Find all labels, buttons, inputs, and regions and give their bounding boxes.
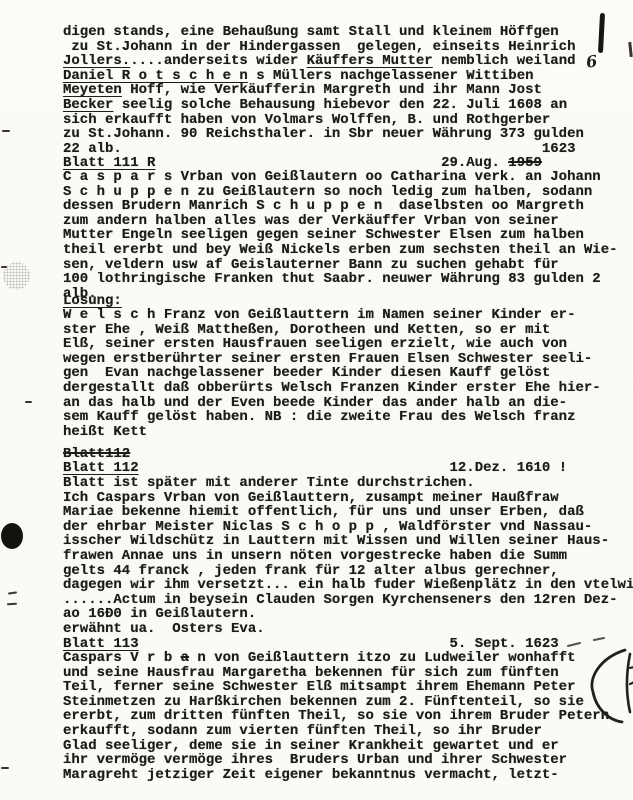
text-line: Blatt 112 12.Dez. 1610 ! <box>63 461 633 476</box>
text-line: erwähnt ua. Osters Eva. <box>63 622 633 637</box>
text-line: dergestallt daß obberürts Welsch Franzen… <box>63 381 633 396</box>
text-line: theil ererbt und bey Weiß Nickels erben … <box>63 243 633 258</box>
text-segment: Teil, ferner seine Schwester Elß mitsamp… <box>63 679 575 695</box>
text-segment: ererbt, zum dritten fünften Theil, so si… <box>63 708 609 724</box>
text-line: Mutter Engeln seeligen gegen seiner Schw… <box>63 228 633 243</box>
text-line: W e l s c h Franz von Geißlauttern im Na… <box>63 308 633 323</box>
text-segment: C a s p a r s Vrban von Geißlautern oo C… <box>63 169 601 185</box>
text-segment: 100 lothringische Franken thut Saabr. ne… <box>63 271 601 287</box>
text-line: ster Ehe , Weiß Mattheßen, Dorotheen und… <box>63 323 633 338</box>
text-segment: ....anderseits wider <box>130 53 306 69</box>
text-line: dagegen wir ihm versetzt... ein halb fud… <box>63 578 633 593</box>
text-segment: Caspars V r b <box>63 650 181 666</box>
handwritten-bracket-mark <box>560 634 633 734</box>
text-segment: seelig solche Behausung hiebevor den 22.… <box>113 97 567 113</box>
text-segment: erwähnt ua. Osters Eva. <box>63 621 265 637</box>
text-segment: frawen Annae uns in unsern nöten vorgest… <box>63 548 567 564</box>
text-segment: dessen Brudern Manrich S c h u p p e n d… <box>63 198 584 214</box>
text-segment: Elß, seiner ersten Hausfrauen seeligen e… <box>63 336 567 352</box>
underlined-text: Meyeten <box>63 82 122 98</box>
text-line: Becker seelig solche Behausung hiebevor … <box>63 98 633 113</box>
text-block-heading-blatt-112: Blatt 112 12.Dez. 1610 ! <box>63 461 633 476</box>
text-segment: erkaufft, sodann zum vierten fünften The… <box>63 723 542 739</box>
text-line: ererbt, zum dritten fünften Theil, so si… <box>63 709 633 724</box>
text-segment: Maragreht jetziger Zeit eigener bekanntn… <box>63 767 559 783</box>
text-line: Glad seeliger, deme sie in seiner Krankh… <box>63 739 633 754</box>
text-line: Maragreht jetziger Zeit eigener bekanntn… <box>63 768 633 783</box>
text-line: und seine Hausfrau Margaretha bekennen f… <box>63 666 633 681</box>
text-segment: 12.Dez. 1610 ! <box>449 460 567 476</box>
text-segment: Mariae bekenne hiemit offentlich, für un… <box>63 504 584 520</box>
text-line: Caspars V r b a n von Geißlauttern itzo … <box>63 651 633 666</box>
text-segment: theil ererbt und bey Weiß Nickels erben … <box>63 242 618 258</box>
text-line: zu St.Johann. 90 Reichsthaler. in Sbr ne… <box>63 127 633 142</box>
text-line: an das halb und der Even beede Kinder da… <box>63 396 633 411</box>
text-segment: W e l s c h Franz von Geißlauttern im Na… <box>63 307 575 323</box>
text-segment: n von Geißlauttern itzo zu Ludweiler won… <box>189 650 575 666</box>
text-line: Elß, seiner ersten Hausfrauen seeligen e… <box>63 337 633 352</box>
text-block-paragraph-blatt111r: C a s p a r s Vrban von Geißlautern oo C… <box>63 170 633 301</box>
text-line: Meyeten Hoff, wie Verkäufferin Margreth … <box>63 83 633 98</box>
text-block-paragraph-blatt113: Caspars V r b a n von Geißlauttern itzo … <box>63 651 633 782</box>
text-segment: heißt Kett <box>63 424 147 440</box>
text-line: Teil, ferner seine Schwester Elß mitsamp… <box>63 680 633 695</box>
text-line: digen stands, eine Behaußung samt Stall … <box>63 25 633 40</box>
text-segment: sem Kauff gelöst haben. NB : die zweite … <box>63 409 575 425</box>
margin-dash-mark <box>1 266 7 268</box>
text-segment: isscher Wildschütz in Lauttern mit Wisse… <box>63 533 609 549</box>
text-block-paragraph-blatt111-tail: digen stands, eine Behaußung samt Stall … <box>63 25 633 156</box>
stamp-smudge-mark <box>3 262 30 290</box>
margin-dash-mark <box>2 130 10 132</box>
text-line: erkaufft, sodann zum vierten fünften The… <box>63 724 633 739</box>
text-segment: nemblich weiland <box>433 53 576 69</box>
text-block-paragraph-losung: W e l s c h Franz von Geißlauttern im Na… <box>63 308 633 439</box>
text-segment: ihr vermöge vermöge ihres Bruders Urban … <box>63 752 567 768</box>
text-segment: Mutter Engeln seeligen gegen seiner Schw… <box>63 227 584 243</box>
margin-dash-mark <box>25 401 32 403</box>
text-line: dessen Brudern Manrich S c h u p p e n d… <box>63 199 633 214</box>
text-segment: gen Evan nachgelassener beeder Kinder di… <box>63 365 550 381</box>
text-segment: digen stands, eine Behaußung samt Stall … <box>63 24 559 40</box>
text-line: S c h u p p e n zu Geißlautern so noch l… <box>63 185 633 200</box>
text-line: Blatt ist später mit anderer Tinte durch… <box>63 476 633 491</box>
text-line: C a s p a r s Vrban von Geißlautern oo C… <box>63 170 633 185</box>
text-segment <box>139 460 450 476</box>
text-line: sen, veldern usw af Geislauterner Bann z… <box>63 258 633 273</box>
text-line: ao 16Đ0 in Geißlautern. <box>63 607 633 622</box>
scanned-document-page: digen stands, eine Behaußung samt Stall … <box>0 0 633 800</box>
text-line: sich erkaufft haben von Volmars Wolffen,… <box>63 113 633 128</box>
text-segment: dergestallt daß obberürts Welsch Franzen… <box>63 380 601 396</box>
text-segment: Blatt ist später mit anderer Tinte durch… <box>63 475 475 491</box>
text-line: ihr vermöge vermöge ihres Bruders Urban … <box>63 753 633 768</box>
text-line: Ich Caspars Vrban von Geißlauttern, zusa… <box>63 491 633 506</box>
struck-text: a <box>181 650 189 666</box>
text-line: isscher Wildschütz in Lauttern mit Wisse… <box>63 534 633 549</box>
text-line: gen Evan nachgelassener beeder Kinder di… <box>63 366 633 381</box>
text-line: Jollers.....anderseits wider Käuffers Mu… <box>63 54 633 69</box>
margin-dash-mark <box>1 767 9 769</box>
underlined-text: Jollers. <box>63 53 130 69</box>
punch-hole-dot <box>1 523 23 549</box>
underlined-text: Blatt 112 <box>63 460 139 476</box>
text-line: frawen Annae uns in unsern nöten vorgest… <box>63 549 633 564</box>
text-segment: zu St.Johann. 90 Reichsthaler. in Sbr ne… <box>63 126 584 142</box>
text-line: heißt Kett <box>63 425 633 440</box>
text-segment: 1623 <box>542 141 576 157</box>
underlined-text: Käuffers Mutter <box>307 53 433 69</box>
document-text-layer: digen stands, eine Behaußung samt Stall … <box>0 0 633 800</box>
underlined-text: Becker <box>63 97 113 113</box>
text-segment: Hoff, wie Verkäufferin Margreth und ihr … <box>122 82 542 98</box>
text-segment: dagegen wir ihm versetzt... ein halb fud… <box>63 577 633 593</box>
text-segment: ao 16Đ0 in Geißlautern. <box>63 606 256 622</box>
text-line: Mariae bekenne hiemit offentlich, für un… <box>63 505 633 520</box>
text-block-paragraph-blatt112: Blatt ist später mit anderer Tinte durch… <box>63 476 633 637</box>
text-line: sem Kauff gelöst haben. NB : die zweite … <box>63 410 633 425</box>
text-line: zu St.Johann in der Hindergassen gelegen… <box>63 40 633 55</box>
text-line: 100 lothringische Franken thut Saabr. ne… <box>63 272 633 287</box>
text-line: gelts 44 franck , jeden frank für 12 alt… <box>63 564 633 579</box>
